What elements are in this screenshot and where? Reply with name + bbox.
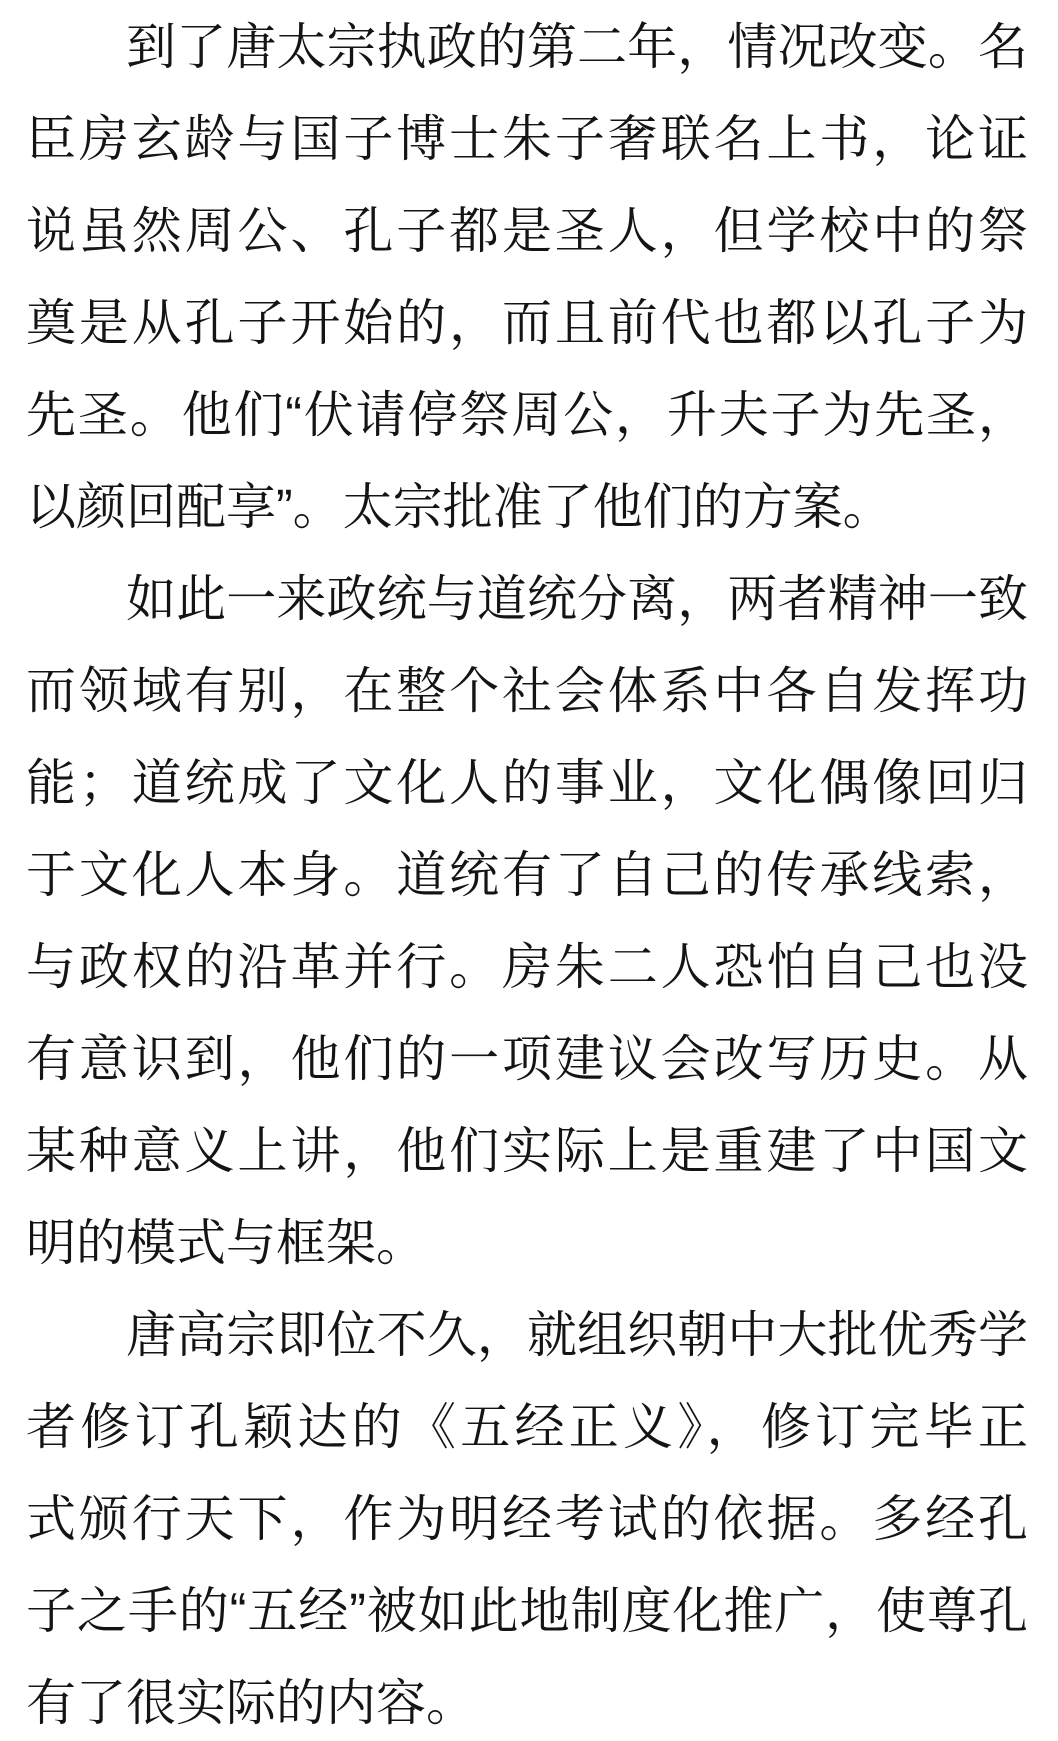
text-line: 有意识到，他们的一项建议会改写历史。从 xyxy=(26,1013,1028,1105)
text-line: 唐高宗即位不久，就组织朝中大批优秀学 xyxy=(26,1289,1028,1381)
paragraph: 唐高宗即位不久，就组织朝中大批优秀学者修订孔颖达的《五经正义》，修订完毕正式颁行… xyxy=(26,1289,1028,1741)
text-line: 如此一来政统与道统分离，两者精神一致 xyxy=(26,553,1028,645)
text-line: 奠是从孔子开始的，而且前代也都以孔子为 xyxy=(26,277,1028,369)
text-line: 臣房玄龄与国子博士朱子奢联名上书，论证 xyxy=(26,93,1028,185)
text-line: 子之手的“五经”被如此地制度化推广，使尊孔 xyxy=(26,1565,1028,1657)
reader-page: 到了唐太宗执政的第二年，情况改变。名臣房玄龄与国子博士朱子奢联名上书，论证说虽然… xyxy=(0,0,1058,1741)
text-line: 说虽然周公、孔子都是圣人，但学校中的祭 xyxy=(26,185,1028,277)
text-line: 某种意义上讲，他们实际上是重建了中国文 xyxy=(26,1105,1028,1197)
text-line: 有了很实际的内容。 xyxy=(26,1657,1028,1741)
paragraph: 到了唐太宗执政的第二年，情况改变。名臣房玄龄与国子博士朱子奢联名上书，论证说虽然… xyxy=(26,1,1028,553)
text-line: 先圣。他们“伏请停祭周公，升夫子为先圣， xyxy=(26,369,1028,461)
text-line: 而领域有别，在整个社会体系中各自发挥功 xyxy=(26,645,1028,737)
text-line: 于文化人本身。道统有了自己的传承线索， xyxy=(26,829,1028,921)
text-line: 能；道统成了文化人的事业，文化偶像回归 xyxy=(26,737,1028,829)
text-line: 到了唐太宗执政的第二年，情况改变。名 xyxy=(26,1,1028,93)
text-line: 式颁行天下，作为明经考试的依据。多经孔 xyxy=(26,1473,1028,1565)
text-content: 到了唐太宗执政的第二年，情况改变。名臣房玄龄与国子博士朱子奢联名上书，论证说虽然… xyxy=(26,1,1028,1741)
text-line: 明的模式与框架。 xyxy=(26,1197,1028,1289)
paragraph: 如此一来政统与道统分离，两者精神一致而领域有别，在整个社会体系中各自发挥功能；道… xyxy=(26,553,1028,1289)
text-line: 者修订孔颖达的《五经正义》，修订完毕正 xyxy=(26,1381,1028,1473)
text-line: 以颜回配享”。太宗批准了他们的方案。 xyxy=(26,461,1028,553)
text-line: 与政权的沿革并行。房朱二人恐怕自己也没 xyxy=(26,921,1028,1013)
